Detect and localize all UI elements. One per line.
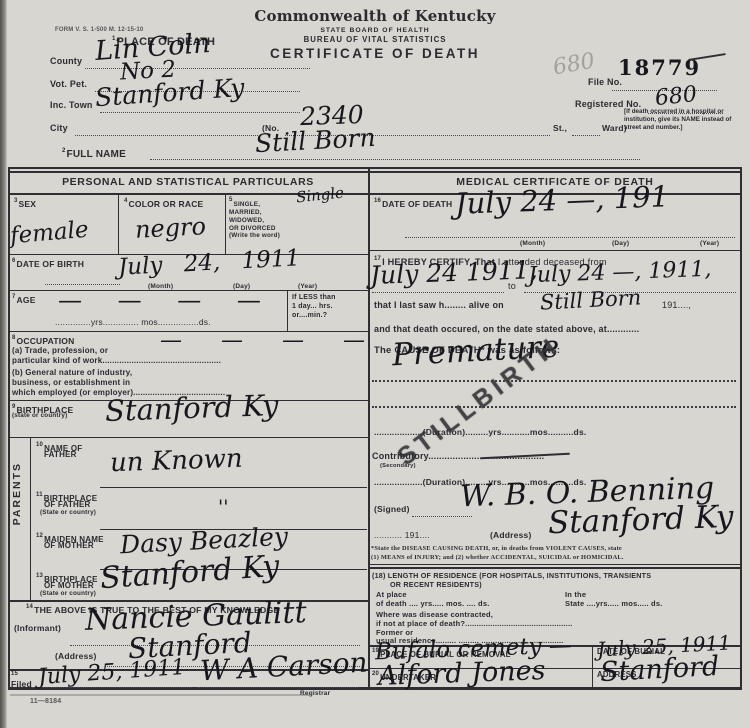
rule <box>8 171 742 173</box>
dotted-line <box>372 292 504 293</box>
mother-bp-num: 13 <box>36 573 43 579</box>
signed-address-value: Stanford Ky <box>548 502 734 539</box>
print-code: 11—8184 <box>30 698 61 706</box>
dotted-line <box>45 284 120 285</box>
father-name-label2: FATHER <box>44 451 77 460</box>
contributory-sub: (Secondary) <box>380 463 416 469</box>
age-less-line: or....min.? <box>292 312 327 320</box>
certify-to-value: July 24 —, 1911, <box>528 259 712 287</box>
dod-day-label: (Day) <box>612 240 629 247</box>
dotted-line <box>85 68 310 69</box>
lastsaw-tail: 191...., <box>662 301 691 311</box>
occupation-label: OCCUPATION <box>17 336 75 346</box>
residence-label: LENGTH OF RESIDENCE <box>388 571 477 580</box>
fullname-value: Still Born <box>254 125 376 156</box>
rule <box>287 290 288 332</box>
dotted-line <box>100 112 300 113</box>
occupation-value: — — — — <box>160 330 365 352</box>
age-less-line: If LESS than <box>292 294 336 302</box>
header-title: CERTIFICATE OF DEATH <box>230 47 520 62</box>
marital-line: WIDOWED, <box>229 217 264 224</box>
inctown-label: Inc. Town <box>50 101 93 111</box>
father-name-num: 10 <box>36 442 43 448</box>
dotted-line <box>572 135 600 136</box>
occupation-line: particular kind of work.................… <box>12 357 221 366</box>
rule <box>592 645 593 688</box>
father-bp-sub: (State or country) <box>40 510 96 517</box>
fullname-num: 2 <box>62 148 66 154</box>
signed-label: (Signed) <box>374 505 410 514</box>
hospital-note: [If death occurred in a hospital or inst… <box>624 108 742 132</box>
votpet-label: Vot. Pet. <box>50 80 87 90</box>
mother-name-num: 12 <box>36 533 43 539</box>
residence-instate-2: State ....yrs..... mos..... ds. <box>565 600 662 608</box>
age-num: 7 <box>12 294 16 300</box>
age-value: — — — — <box>58 288 261 312</box>
dob-label: DATE OF BIRTH <box>17 259 85 269</box>
father-name-value: un Known <box>110 446 243 477</box>
age-label: AGE <box>17 295 36 305</box>
rule <box>368 564 742 565</box>
rule <box>8 167 10 689</box>
sex-label: SEX <box>19 199 37 209</box>
marital-line: SINGLE, <box>234 201 261 208</box>
residence-where-2: if not at place of death?...............… <box>376 620 573 628</box>
mother-bp-sub: (State or country) <box>40 591 96 598</box>
rule <box>30 437 31 600</box>
footnote-line: *State the DISEASE CAUSING DEATH, or, in… <box>371 546 622 553</box>
rule <box>368 167 370 689</box>
marital-line: OR DIVORCED <box>229 225 276 232</box>
dod-num: 16 <box>374 198 381 204</box>
residence-atplace-1: At place <box>376 591 407 599</box>
rule <box>368 567 742 569</box>
mother-name-label2: OF MOTHER <box>44 542 94 551</box>
marital-num: 5 <box>229 197 233 203</box>
dotted-line <box>75 135 258 136</box>
dob-num: 6 <box>12 258 16 264</box>
dotted-line <box>412 516 472 517</box>
dotted-line <box>198 687 358 688</box>
rule <box>225 193 226 254</box>
lastsaw-value: Still Born <box>540 287 642 313</box>
age-units: ..............yrs.............. mos.....… <box>55 318 211 327</box>
filed-date-value: July 25, 1911 <box>37 657 186 689</box>
dob-value: July 24, 1911 <box>118 247 301 280</box>
duration1-line: ...................(Duration).........yr… <box>374 428 586 437</box>
residence-where-1: Where was disease contracted, <box>376 611 493 619</box>
city-st-label: St., <box>553 124 567 133</box>
residence-sub1: (FOR HOSPITALS, INSTITUTIONS, TRANSIENTS <box>479 571 651 580</box>
header-bureau: BUREAU OF VITAL STATISTICS <box>230 36 520 44</box>
color-num: 4 <box>124 198 128 204</box>
death-certificate-scan: FORM V. S. 1-500 M. 12-15-10 Commonwealt… <box>0 0 750 728</box>
color-label: COLOR OR RACE <box>129 199 204 209</box>
header-commonwealth: Commonwealth of Kentucky <box>230 8 520 24</box>
residence-num: (18) <box>372 571 386 580</box>
marital-value: Single <box>295 186 344 206</box>
scan-edge <box>0 0 7 728</box>
informant-address-label: (Address) <box>55 652 96 661</box>
dotted-line <box>405 237 735 238</box>
age-less-line: 1 day... hrs. <box>292 303 333 311</box>
rule <box>118 193 119 254</box>
birthplace-sub: (state or country) <box>12 413 67 420</box>
dotted-line <box>372 380 736 382</box>
sex-num: 3 <box>14 198 18 204</box>
undertaker-address-value: Stanford <box>599 653 720 686</box>
header-board: STATE BOARD OF HEALTH <box>230 27 520 34</box>
father-bp-num: 11 <box>36 492 43 498</box>
fullname-label: FULL NAME <box>67 149 126 160</box>
file-no-label: File No. <box>588 78 622 88</box>
rule <box>8 167 742 169</box>
dotted-line <box>372 406 736 408</box>
attest-num: 14 <box>26 604 33 610</box>
occupation-line: business, or establishment in <box>12 379 130 388</box>
filed-label: Filed <box>11 680 32 689</box>
residence-instate-1: In the <box>565 591 586 599</box>
rule <box>740 167 742 689</box>
dod-month-label: (Month) <box>520 240 545 247</box>
registrar-signature: W A Carson <box>199 649 368 686</box>
color-value: negro <box>134 214 206 242</box>
occupation-num: 8 <box>12 335 16 341</box>
registered-no-value: 680 <box>654 84 698 110</box>
sex-value: female <box>9 219 89 249</box>
file-no-faint-value: 680 <box>551 51 596 80</box>
city-label: City <box>50 124 68 134</box>
county-label: County <box>50 57 82 67</box>
birthplace-value: Stanford Ky <box>105 391 279 426</box>
residence-atplace-2: of death .... yrs..... mos. .... ds. <box>376 600 489 608</box>
filed-num: 15 <box>11 671 18 677</box>
marital-line: (Write the word) <box>229 232 280 239</box>
rule <box>368 250 742 251</box>
occupation-line: (a) Trade, profession, or <box>12 347 108 356</box>
residence-sub2: OR RECENT RESIDENTS) <box>390 581 482 589</box>
lastsaw-text: that I last saw h........ alive on <box>374 301 504 311</box>
signed-address-label: (Address) <box>490 531 531 540</box>
dod-value: July 24 —, 191 <box>455 182 670 218</box>
scan-smudge <box>10 694 310 696</box>
father-bp-value: '' <box>218 498 228 517</box>
undertaker-value: Alford Jones <box>378 657 546 690</box>
rule <box>100 487 367 488</box>
dob-year-label: (Year) <box>298 283 317 290</box>
occupation-line: (b) General nature of industry, <box>12 369 132 378</box>
dotted-line <box>150 159 640 160</box>
dod-label: DATE OF DEATH <box>382 199 452 209</box>
footnote-line: (1) MEANS of INJURY; and (2) whether ACC… <box>371 555 624 562</box>
signed-year-line: ........... 191.... <box>374 531 430 540</box>
birthplace-num: 9 <box>12 404 16 410</box>
parents-label: PARENTS <box>11 462 23 525</box>
marital-line: MARRIED, <box>229 209 262 216</box>
dod-year-label: (Year) <box>700 240 719 247</box>
informant-label: (Informant) <box>14 624 61 633</box>
rule <box>8 437 368 438</box>
certify-to-label: to <box>508 282 516 292</box>
inctown-value: Stanford Ky <box>94 75 245 110</box>
